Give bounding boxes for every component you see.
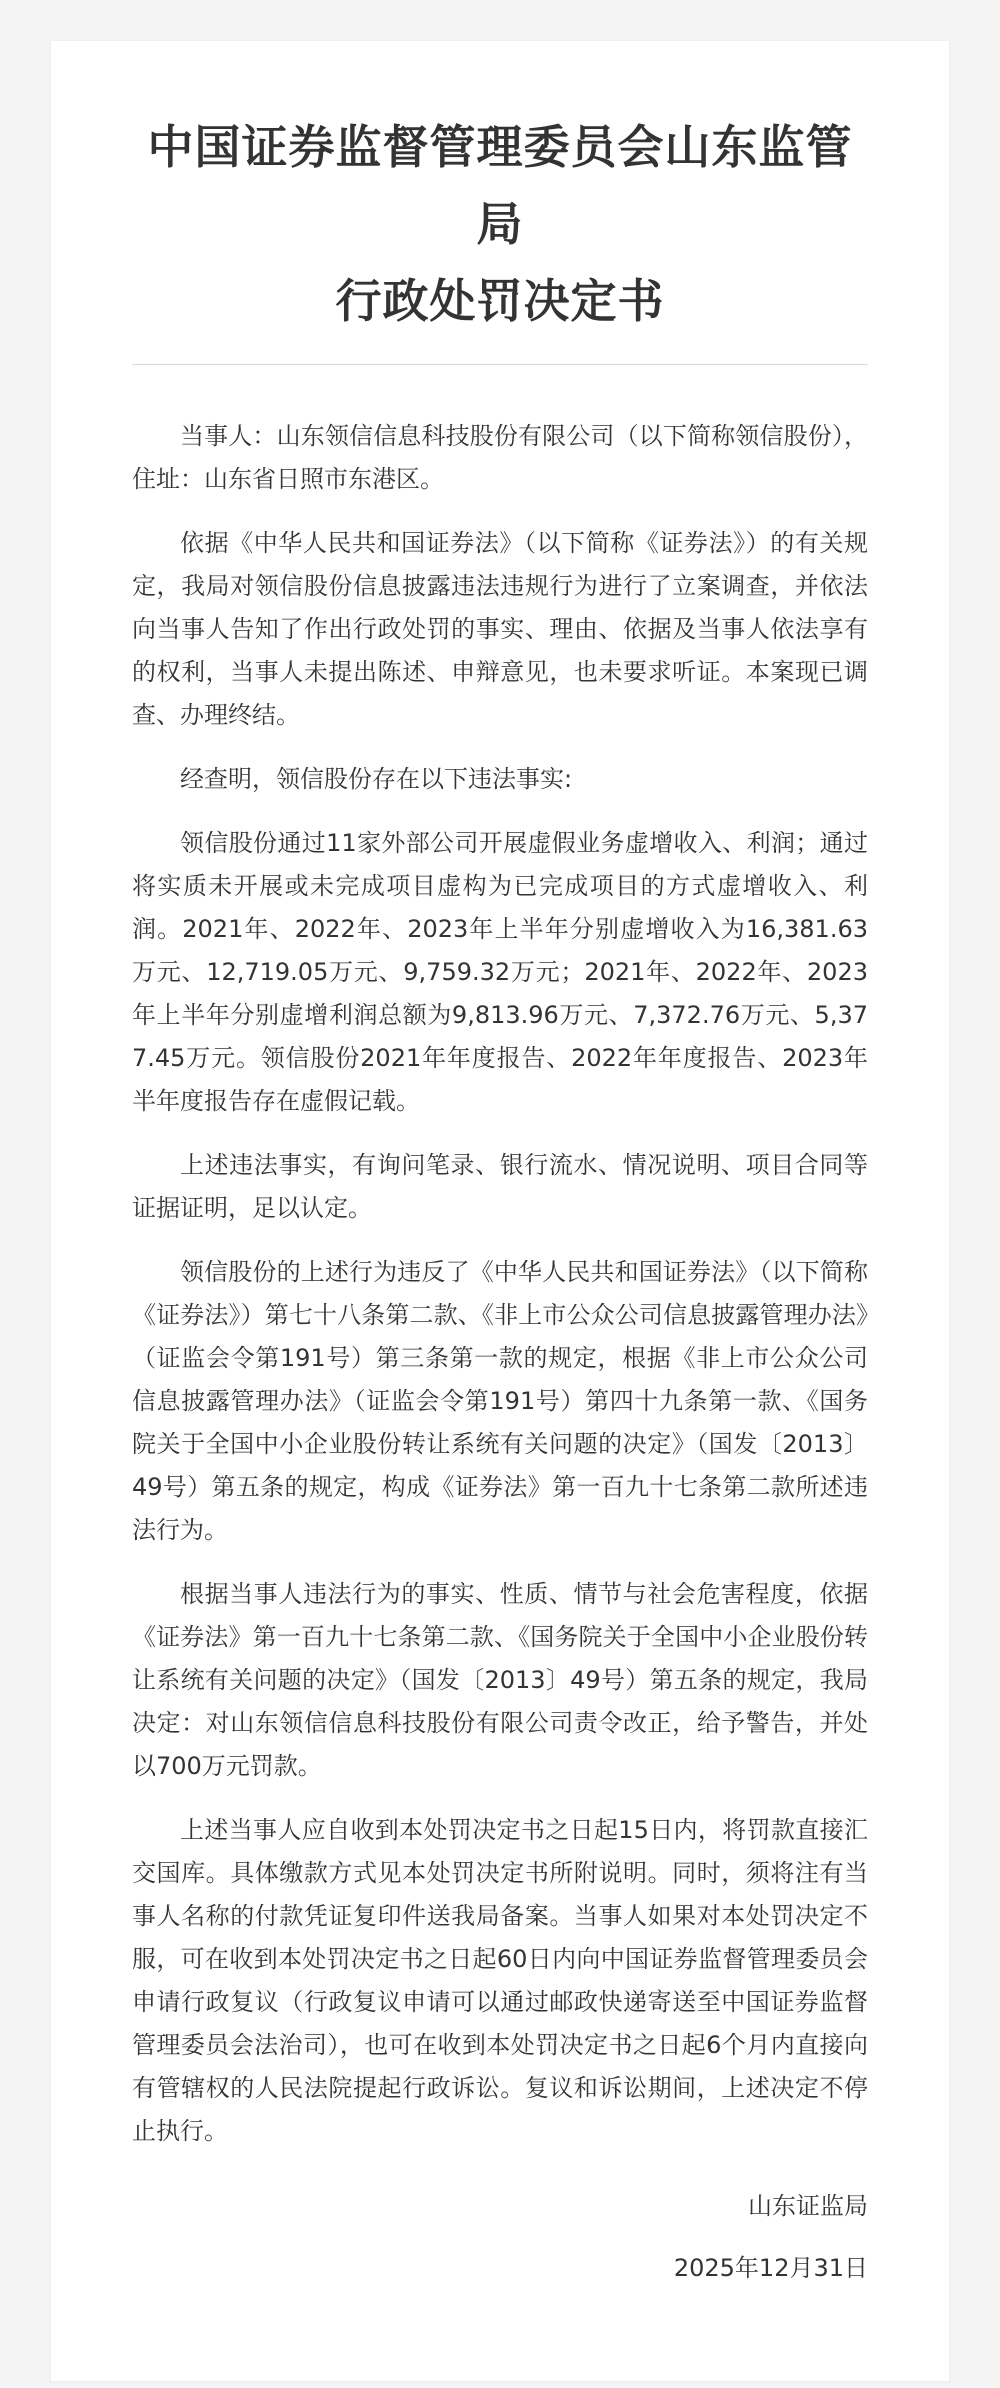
document-body: 当事人：山东领信信息科技股份有限公司（以下简称领信股份），住址：山东省日照市东港… xyxy=(132,415,868,2153)
signature-block: 山东证监局 2025年12月31日 xyxy=(132,2185,868,2290)
title-divider xyxy=(132,364,868,365)
signature-issuer: 山东证监局 xyxy=(132,2185,868,2228)
title-line-2: 行政处罚决定书 xyxy=(132,263,868,340)
document-card: 中国证券监督管理委员会山东监管局 行政处罚决定书 当事人：山东领信信息科技股份有… xyxy=(51,41,949,2381)
title-line-1: 中国证券监督管理委员会山东监管局 xyxy=(132,109,868,263)
page-title: 中国证券监督管理委员会山东监管局 行政处罚决定书 xyxy=(132,109,868,340)
paragraph-parties: 当事人：山东领信信息科技股份有限公司（以下简称领信股份），住址：山东省日照市东港… xyxy=(132,415,868,501)
paragraph-violation-facts: 领信股份通过11家外部公司开展虚假业务虚增收入、利润；通过将实质未开展或未完成项… xyxy=(132,822,868,1123)
paragraph-legal-violations: 领信股份的上述行为违反了《中华人民共和国证券法》（以下简称《证券法》）第七十八条… xyxy=(132,1251,868,1552)
paragraph-findings-intro: 经查明，领信股份存在以下违法事实: xyxy=(132,758,868,801)
page-background: { "meta": { "language": "zh-CN", "colors… xyxy=(0,41,1000,2388)
paragraph-payment-and-appeal: 上述当事人应自收到本处罚决定书之日起15日内，将罚款直接汇交国库。具体缴款方式见… xyxy=(132,1809,868,2153)
paragraph-legal-basis-intro: 依据《中华人民共和国证券法》（以下简称《证券法》）的有关规定，我局对领信股份信息… xyxy=(132,522,868,737)
signature-date: 2025年12月31日 xyxy=(132,2247,868,2290)
paragraph-penalty-decision: 根据当事人违法行为的事实、性质、情节与社会危害程度，依据《证券法》第一百九十七条… xyxy=(132,1573,868,1788)
paragraph-evidence: 上述违法事实，有询问笔录、银行流水、情况说明、项目合同等证据证明，足以认定。 xyxy=(132,1144,868,1230)
